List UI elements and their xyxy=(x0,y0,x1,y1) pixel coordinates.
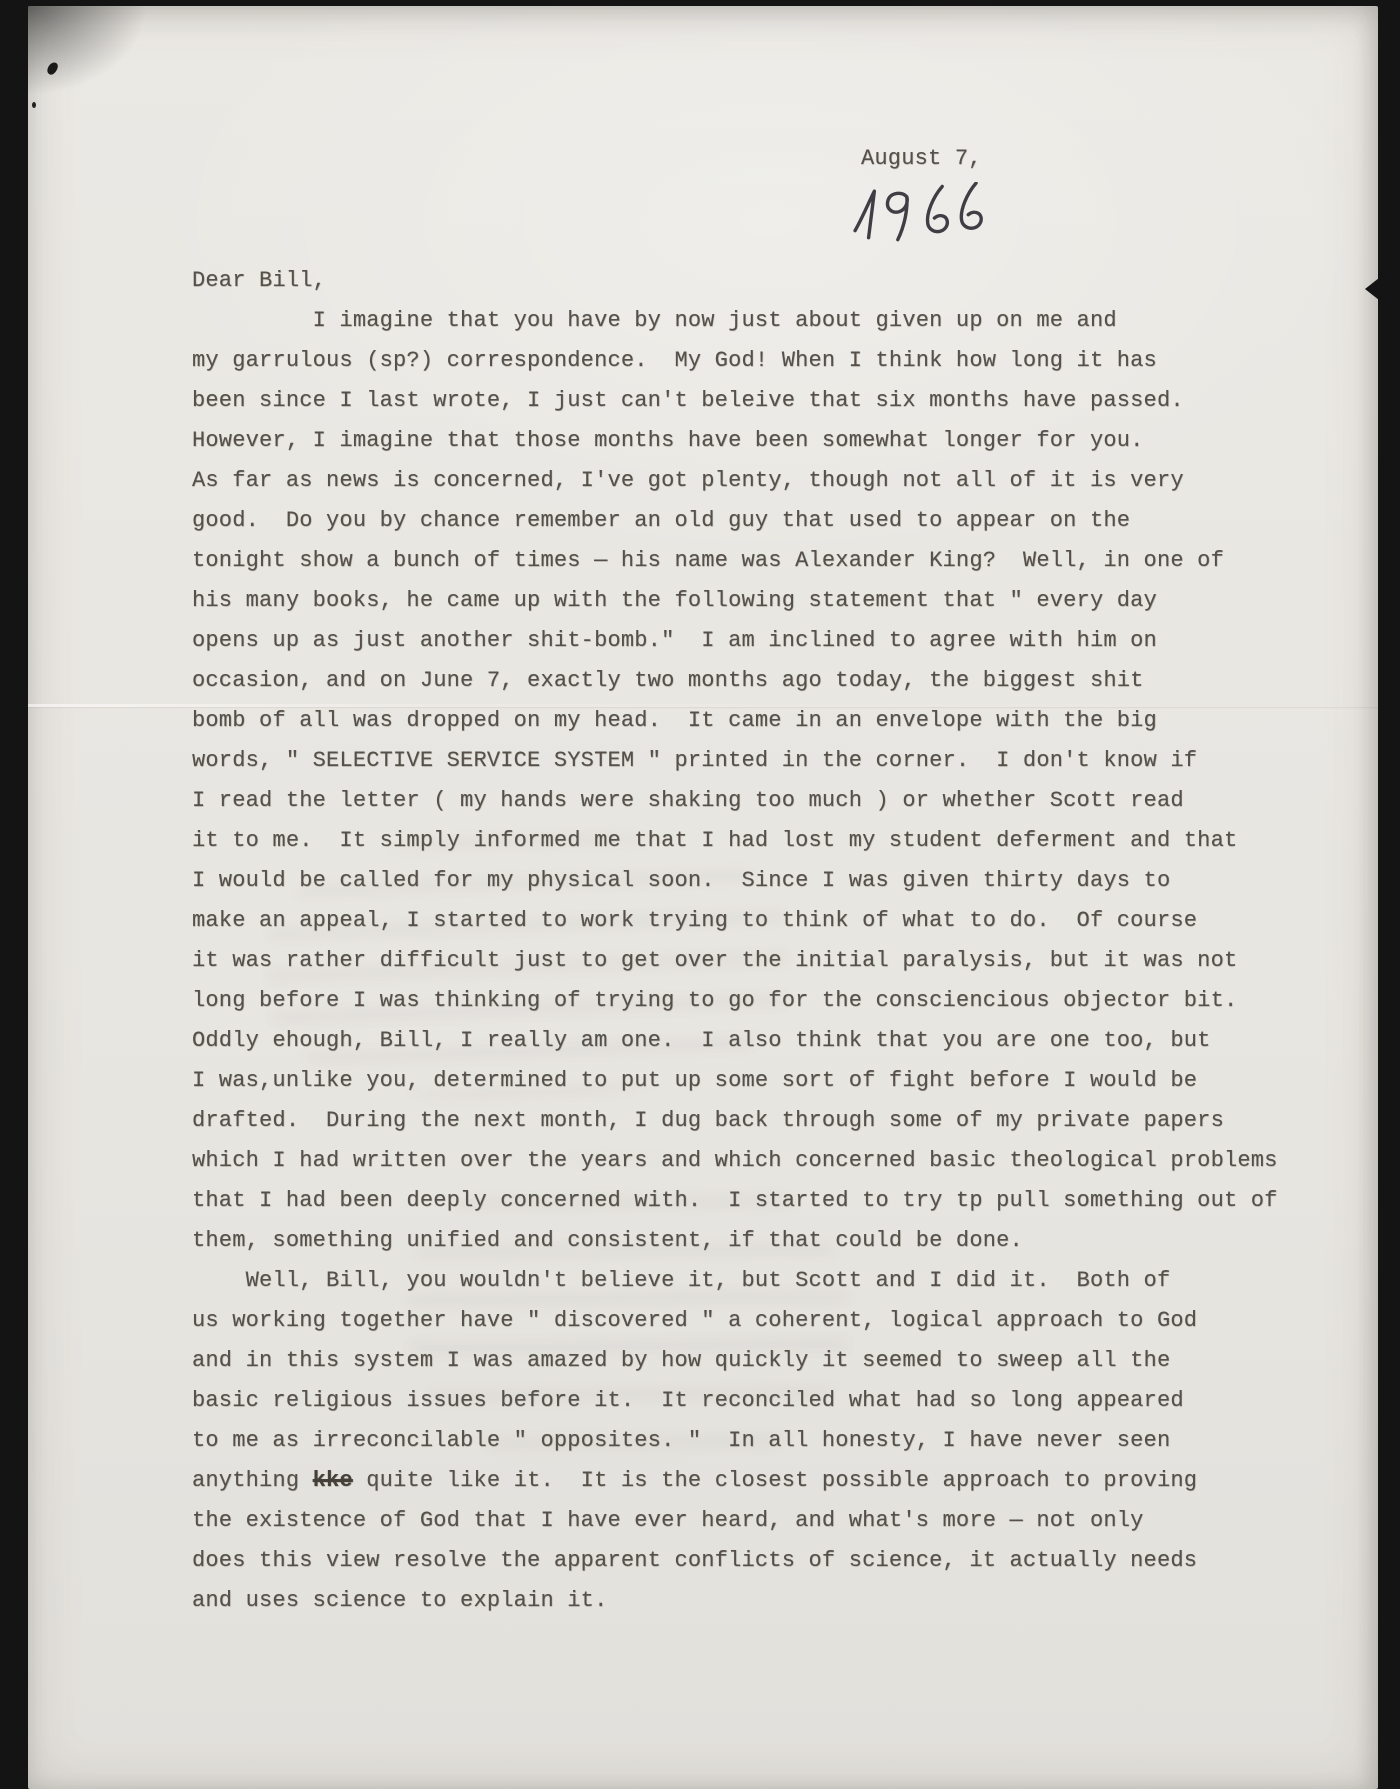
letter-line: I imagine that you have by now just abou… xyxy=(192,301,1312,341)
letter-line: drafted. During the next month, I dug ba… xyxy=(192,1101,1312,1141)
letter-line: long before I was thinking of trying to … xyxy=(192,981,1312,1021)
letter-line: tonight show a bunch of times — his name… xyxy=(192,541,1312,581)
letter-line: to me as irreconcilable " opposites. " I… xyxy=(192,1421,1312,1461)
paper-edge-notch xyxy=(1365,278,1379,300)
letter-line: and uses science to explain it. xyxy=(192,1581,1312,1621)
letter-line: I would be called for my physical soon. … xyxy=(192,861,1312,901)
letter-line: Well, Bill, you wouldn't believe it, but… xyxy=(192,1261,1312,1301)
ink-speck xyxy=(32,102,36,108)
struck-out-word: kke xyxy=(313,1468,353,1493)
letter-line: Oddly ehough, Bill, I really am one. I a… xyxy=(192,1021,1312,1061)
letter-line: it to me. It simply informed me that I h… xyxy=(192,821,1312,861)
letter-line: my garrulous (sp?) correspondence. My Go… xyxy=(192,341,1312,381)
letter-line: bomb of all was dropped on my head. It c… xyxy=(192,701,1312,741)
letter-line: opens up as just another shit-bomb." I a… xyxy=(192,621,1312,661)
letter-line: I read the letter ( my hands were shakin… xyxy=(192,781,1312,821)
letter-line: been since I last wrote, I just can't be… xyxy=(192,381,1312,421)
letter-paper: August 7, Dear Bill, I imagine that you … xyxy=(28,6,1378,1789)
scan-corner-shadow xyxy=(28,6,148,96)
letter-line: words, " SELECTIVE SERVICE SYSTEM " prin… xyxy=(192,741,1312,781)
letter-line: it was rather difficult just to get over… xyxy=(192,941,1312,981)
salutation: Dear Bill, xyxy=(192,261,1312,301)
letter-line: which I had written over the years and w… xyxy=(192,1141,1312,1181)
letter-line: I was,unlike you, determined to put up s… xyxy=(192,1061,1312,1101)
letter-line: good. Do you by chance remember an old g… xyxy=(192,501,1312,541)
letter-line: does this view resolve the apparent conf… xyxy=(192,1541,1312,1581)
letter-line: However, I imagine that those months hav… xyxy=(192,421,1312,461)
letter-line: occasion, and on June 7, exactly two mon… xyxy=(192,661,1312,701)
letter-body: Dear Bill, I imagine that you have by no… xyxy=(192,261,1312,1621)
letter-line: and in this system I was amazed by how q… xyxy=(192,1341,1312,1381)
letter-lines: I imagine that you have by now just abou… xyxy=(192,301,1312,1621)
letter-line: them, something unified and consistent, … xyxy=(192,1221,1312,1261)
letter-line: As far as news is concerned, I've got pl… xyxy=(192,461,1312,501)
letter-line: that I had been deeply concerned with. I… xyxy=(192,1181,1312,1221)
letter-line: make an appeal, I started to work trying… xyxy=(192,901,1312,941)
letter-line: us working together have " discovered " … xyxy=(192,1301,1312,1341)
letter-date: August 7, xyxy=(861,146,982,171)
scan-background: August 7, Dear Bill, I imagine that you … xyxy=(0,0,1400,1789)
letter-line: basic religious issues before it. It rec… xyxy=(192,1381,1312,1421)
handwritten-year-1966 xyxy=(846,182,996,244)
letter-line: anything kke quite like it. It is the cl… xyxy=(192,1461,1312,1501)
letter-line: the existence of God that I have ever he… xyxy=(192,1501,1312,1541)
letter-line: his many books, he came up with the foll… xyxy=(192,581,1312,621)
